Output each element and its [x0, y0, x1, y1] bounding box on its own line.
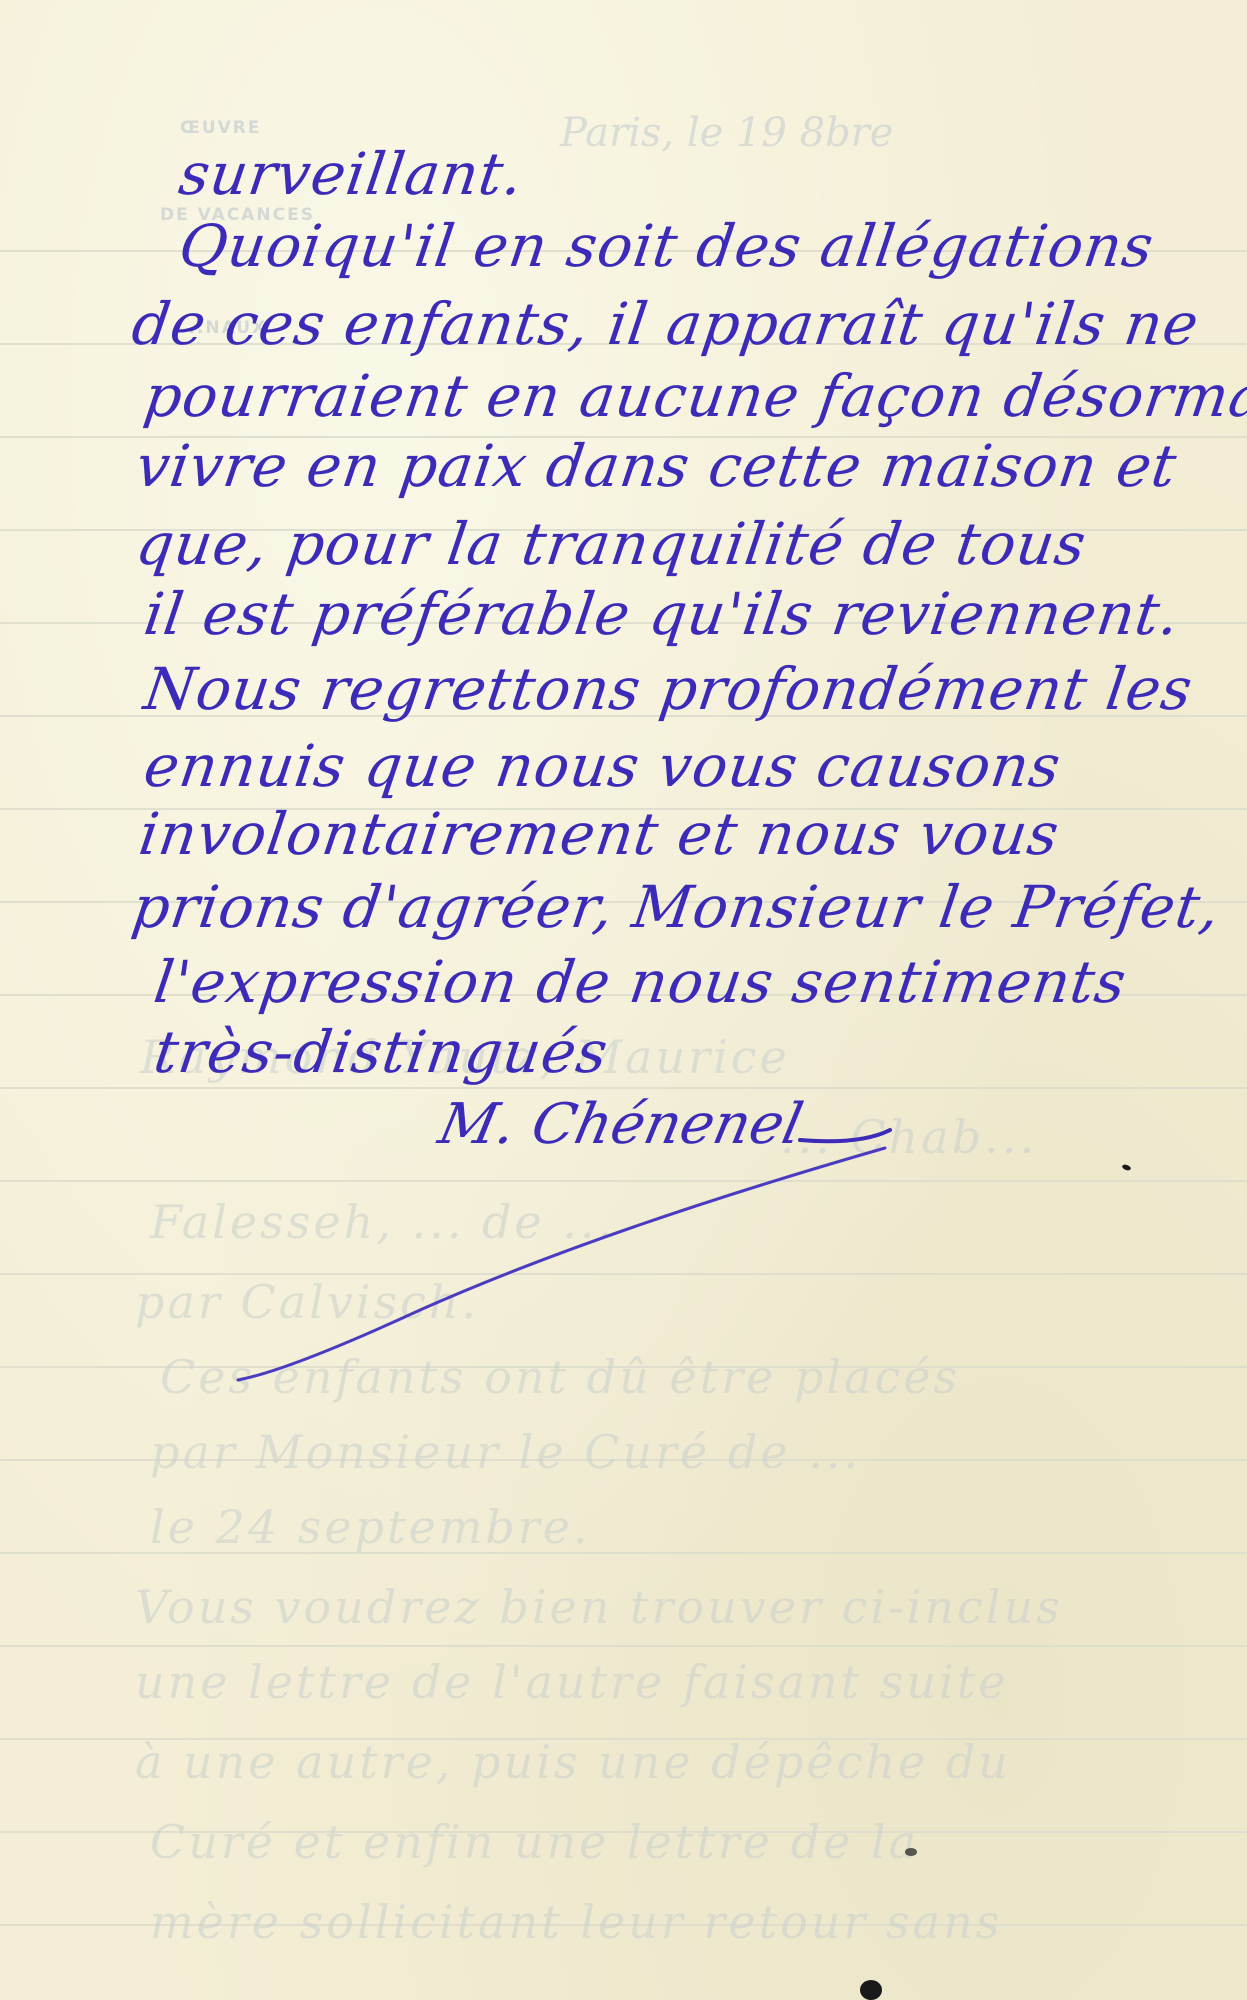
signature-flourish [0, 0, 1247, 2000]
ink-speck [905, 1848, 917, 1856]
punch-hole-mark [860, 1980, 882, 2000]
letter-page: ŒUVRE DE VACANCES ...NAUX Paris, le 19 8… [0, 0, 1247, 2000]
